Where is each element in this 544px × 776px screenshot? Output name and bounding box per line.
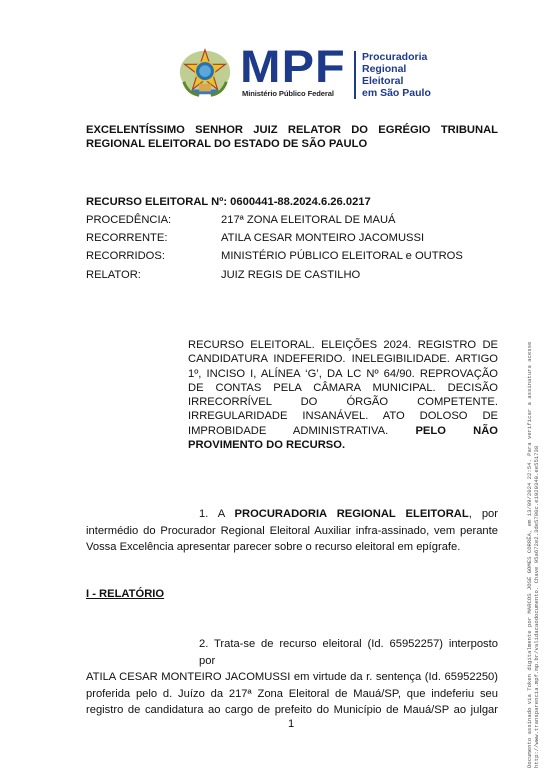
case-field-relator: RELATOR: JUIZ REGIS DE CASTILHO	[86, 268, 463, 286]
field-label: RELATOR:	[86, 268, 221, 286]
ementa-line: IMPROBIDADE ADMINISTRATIVA. PELO NÃO	[188, 424, 498, 438]
field-label: PROCEDÊNCIA:	[86, 213, 221, 231]
ementa-line: 1º, INCISO I, ALÍNEA ‘G’, DA LC Nº 64/90…	[188, 367, 498, 381]
ementa-line: CANDIDATURA INDEFERIDO. INELEGIBILIDADE.…	[188, 352, 498, 366]
paragraph-line: registro de candidatura ao cargo de pref…	[86, 702, 498, 719]
addressee-line: REGIONAL ELEITORAL DO ESTADO DE SÃO PAUL…	[86, 137, 498, 151]
paragraph-1: 1. A PROCURADORIA REGIONAL ELEITORAL, po…	[86, 506, 498, 556]
paragraph-line: intermédio do Procurador Regional Eleito…	[86, 523, 498, 540]
brazil-coat-of-arms-icon	[176, 45, 234, 103]
case-field-procedencia: PROCEDÊNCIA: 217ª ZONA ELEITORAL DE MAUÁ	[86, 213, 463, 231]
unit-name-line: Regional	[362, 63, 431, 75]
ementa-line: IRRECORRÍVEL DO ÓRGÃO COMPETENTE.	[188, 395, 498, 409]
mpf-logo: MPF Ministério Público Federal Procurado…	[176, 45, 436, 105]
signature-stamp: Documento assinado via Token digitalment…	[526, 178, 540, 768]
unit-name-line: em São Paulo	[362, 87, 431, 99]
addressee: EXCELENTÍSSIMO SENHOR JUIZ RELATOR DO EG…	[86, 123, 498, 151]
logo-divider	[354, 51, 356, 99]
signature-verification-link[interactable]: http://www.transparencia.mpf.mp.br/valid…	[533, 178, 540, 768]
mpf-subtitle: Ministério Público Federal	[242, 89, 334, 98]
document-page: MPF Ministério Público Federal Procurado…	[0, 0, 544, 776]
paragraph-line: 2. Trata-se de recurso eleitoral (Id. 65…	[86, 636, 498, 669]
paragraph-text: 1. A	[199, 508, 235, 520]
case-number: RECURSO ELEITORAL Nº: 0600441-88.2024.6.…	[86, 196, 371, 208]
field-value: ATILA CESAR MONTEIRO JACOMUSSI	[221, 231, 424, 249]
paragraph-line: 1. A PROCURADORIA REGIONAL ELEITORAL, po…	[86, 506, 498, 523]
case-field-recorrente: RECORRENTE: ATILA CESAR MONTEIRO JACOMUS…	[86, 231, 463, 249]
ementa-text: IMPROBIDADE ADMINISTRATIVA.	[188, 425, 388, 437]
mpf-acronym: MPF	[240, 41, 346, 93]
ementa-line: DE CONTAS PELA CÂMARA MUNICIPAL. DECISÃO	[188, 381, 498, 395]
case-field-recorridos: RECORRIDOS: MINISTÉRIO PÚBLICO ELEITORAL…	[86, 249, 463, 267]
mpf-wordmark: MPF Ministério Público Federal	[240, 45, 354, 103]
field-value: JUIZ REGIS DE CASTILHO	[221, 268, 360, 286]
paragraph-text: , por	[469, 508, 498, 520]
paragraph-2: 2. Trata-se de recurso eleitoral (Id. 65…	[86, 636, 498, 719]
paragraph-line: Vossa Excelência apresentar parecer sobr…	[86, 541, 460, 553]
paragraph-bold: PROCURADORIA REGIONAL ELEITORAL	[235, 508, 469, 520]
page-number: 1	[288, 718, 294, 730]
signature-line: Documento assinado via Token digitalment…	[526, 178, 533, 768]
addressee-line: EXCELENTÍSSIMO SENHOR JUIZ RELATOR DO EG…	[86, 123, 498, 137]
unit-name-line: Procuradoria	[362, 51, 431, 63]
field-value: MINISTÉRIO PÚBLICO ELEITORAL e OUTROS	[221, 249, 463, 267]
unit-name-line: Eleitoral	[362, 75, 431, 87]
field-value: 217ª ZONA ELEITORAL DE MAUÁ	[221, 213, 396, 231]
section-title: I - RELATÓRIO	[86, 588, 164, 600]
field-label: RECORRENTE:	[86, 231, 221, 249]
ementa-conclusion: PROVIMENTO DO RECURSO.	[188, 439, 345, 451]
ementa-conclusion: PELO NÃO	[415, 425, 498, 437]
ementa-line: IRREGULARIDADE INSANÁVEL. ATO DOLOSO DE	[188, 409, 498, 423]
paragraph-line: ATILA CESAR MONTEIRO JACOMUSSI em virtud…	[86, 669, 498, 686]
unit-name: Procuradoria Regional Eleitoral em São P…	[362, 51, 431, 99]
field-label: RECORRIDOS:	[86, 249, 221, 267]
ementa: RECURSO ELEITORAL. ELEIÇÕES 2024. REGIST…	[188, 338, 498, 452]
case-metadata: PROCEDÊNCIA: 217ª ZONA ELEITORAL DE MAUÁ…	[86, 213, 463, 286]
paragraph-line: proferida pelo d. Juízo da 217ª Zona Ele…	[86, 686, 498, 703]
ementa-line: RECURSO ELEITORAL. ELEIÇÕES 2024. REGIST…	[188, 338, 498, 352]
